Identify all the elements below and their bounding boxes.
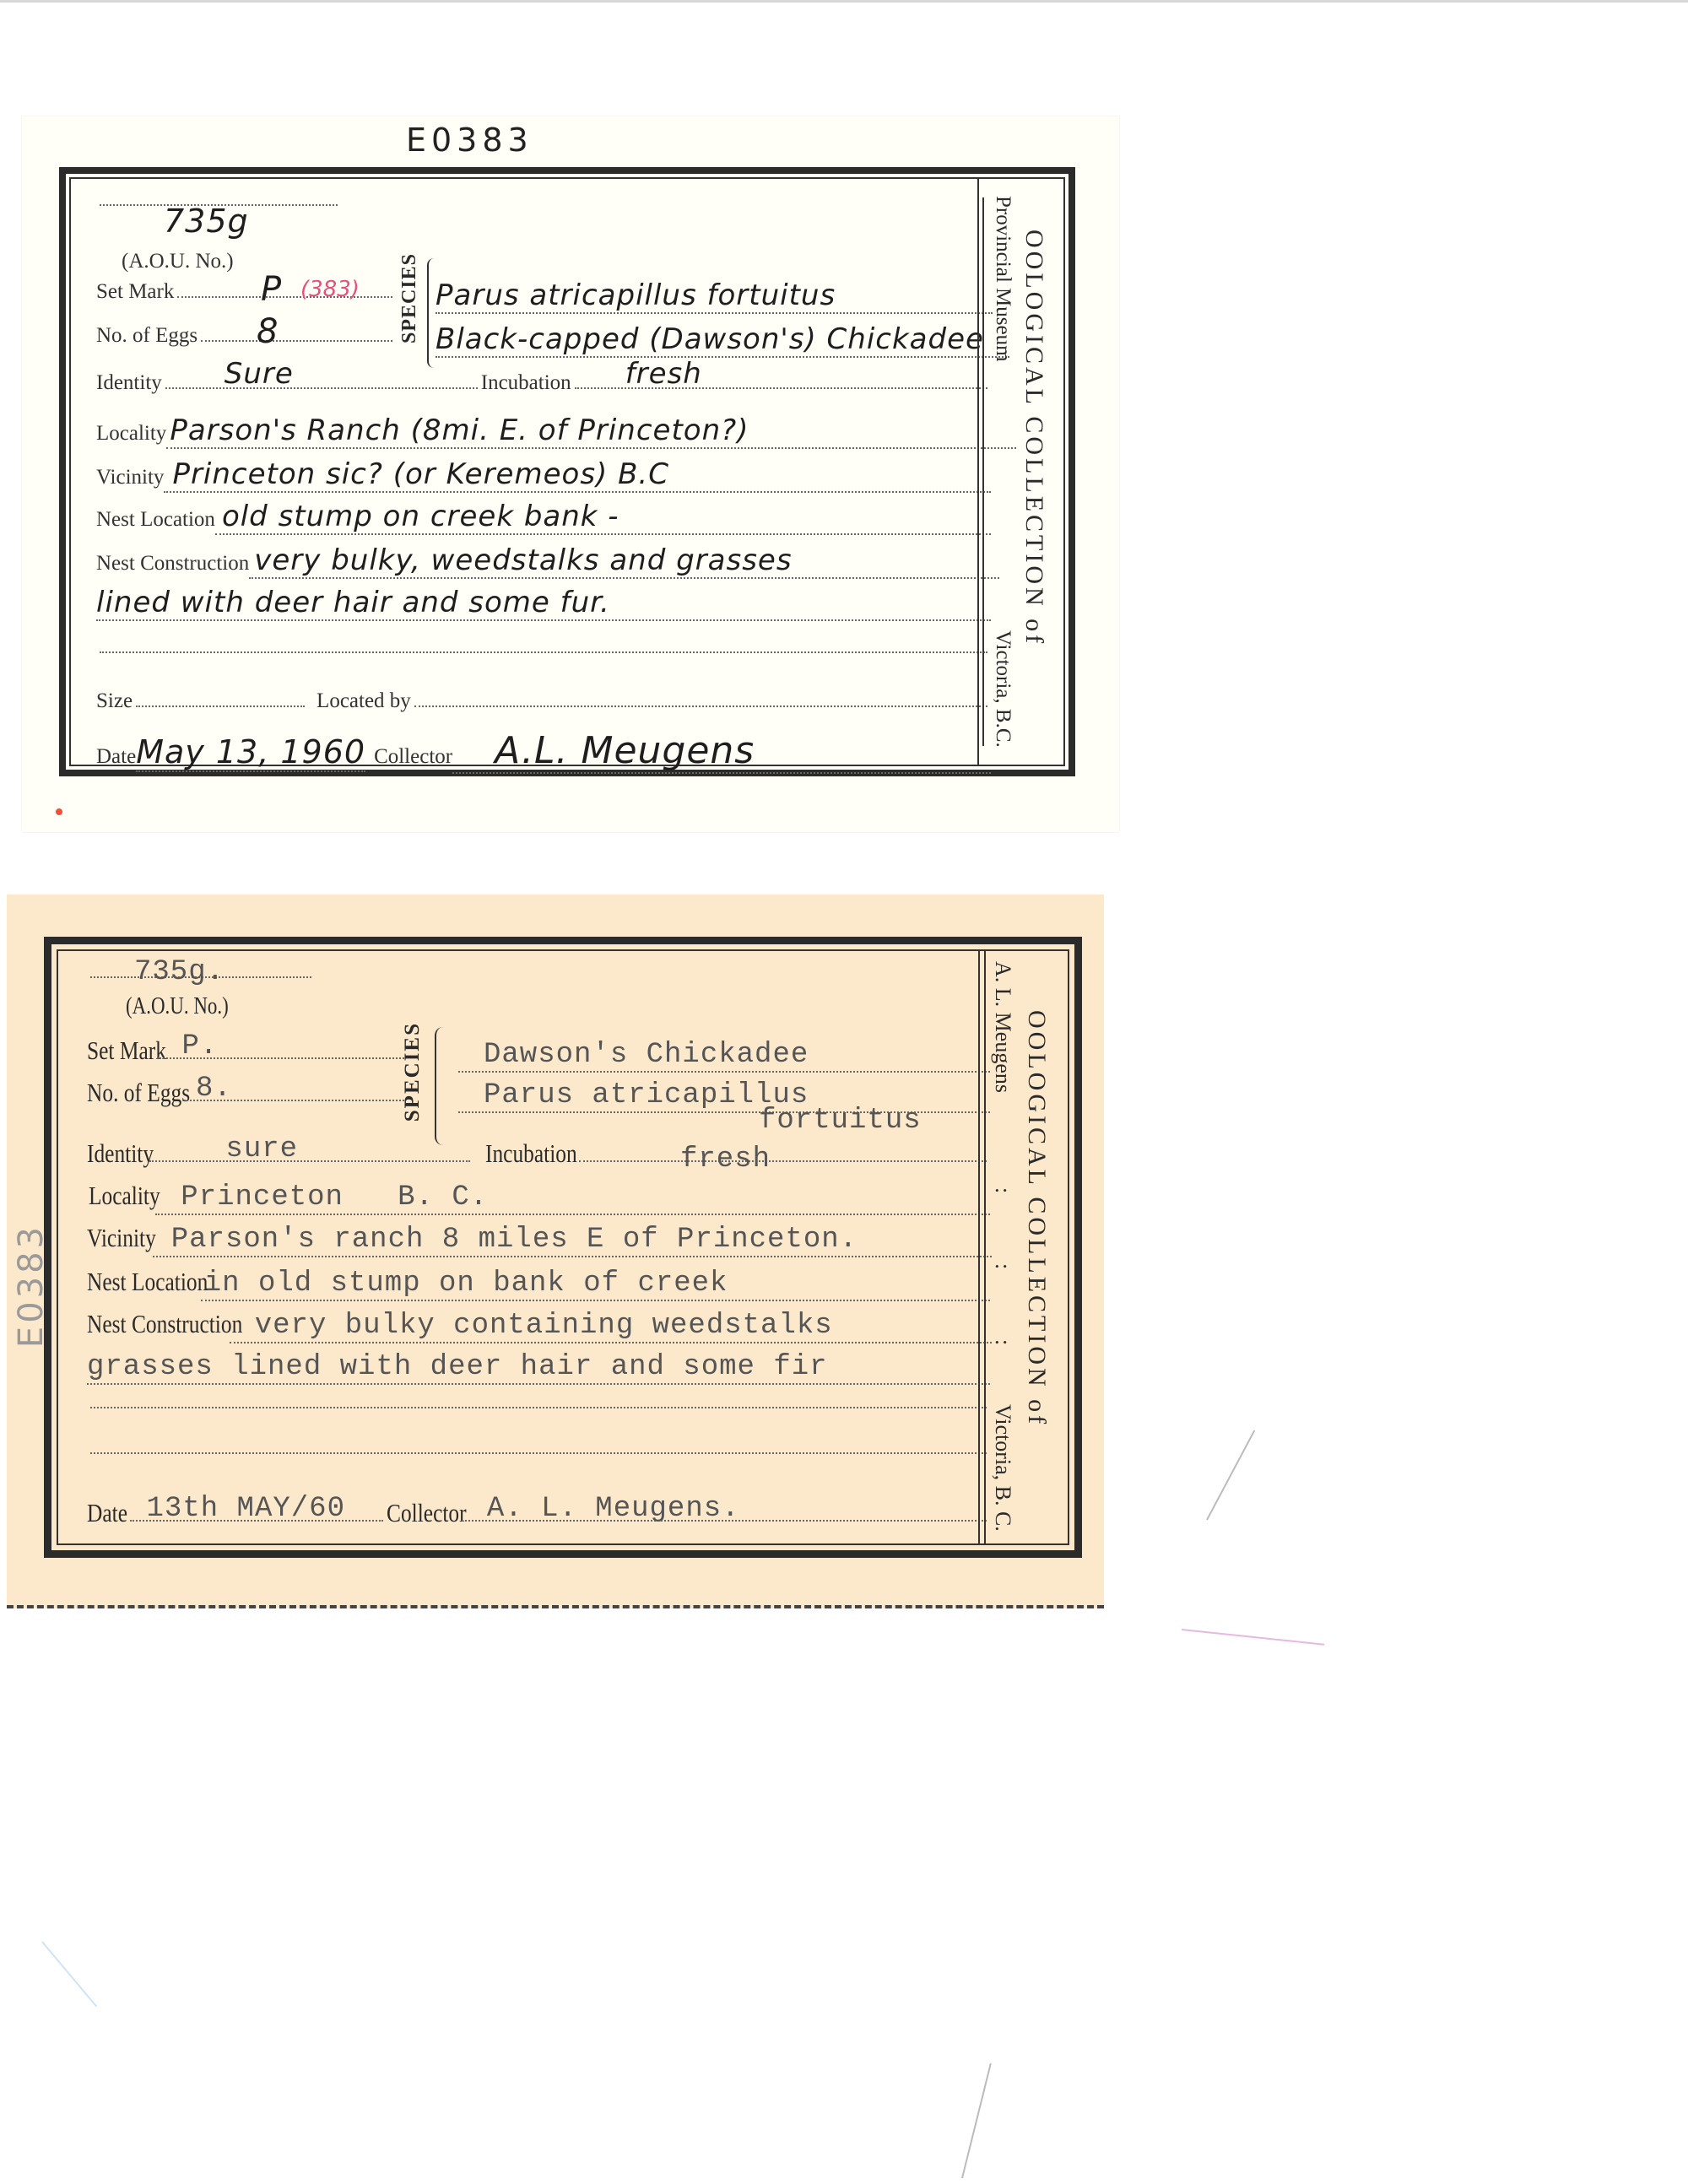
vicinity-value: Parson's ranch 8 miles E of Princeton. xyxy=(153,1224,992,1257)
nest-location-label: Nest Location xyxy=(96,508,215,532)
vicinity-label: Vicinity xyxy=(96,466,164,489)
eggs-field: No. of Eggs xyxy=(96,324,396,348)
species-scientific-value: Parus atricapillus fortuitus xyxy=(436,278,993,314)
nest-construction-label: Nest Construction xyxy=(87,1309,242,1339)
data-card-museum: E0383 735g (A.O.U. No.) Set Mark P (383)… xyxy=(22,116,1119,832)
size-value xyxy=(136,705,305,707)
size-label: Size xyxy=(96,689,133,713)
collector-label: Collector xyxy=(374,745,452,769)
catalog-number: E0383 xyxy=(406,122,533,159)
blank-line-1 xyxy=(87,1407,990,1408)
species-common-value: Black-capped (Dawson's) Chickadee xyxy=(436,322,1009,358)
collection-place: Victoria, B. C. xyxy=(990,1404,1015,1532)
nest-location-field: Nest Location in old stump on bank of cr… xyxy=(87,1267,990,1301)
locality-label: Locality xyxy=(96,422,166,446)
incubation-label: Incubation xyxy=(485,1138,577,1169)
identity-incubation-row: Identity Sure Incubation fresh xyxy=(96,371,991,395)
collection-title: OOLOGICAL COLLECTION of xyxy=(1022,1010,1051,1427)
aou-value: 735g. xyxy=(134,956,225,988)
set-mark-annotation: (383) xyxy=(300,277,360,302)
vicinity-field: Vicinity Princeton sic? (or Keremeos) B.… xyxy=(96,457,991,493)
date-value: May 13, 1960 xyxy=(136,733,365,772)
card-header-panel: OOLOGICAL COLLECTION of Provincial Museu… xyxy=(977,179,1063,765)
eggs-label: No. of Eggs xyxy=(96,324,197,348)
scan-artifact xyxy=(1182,1629,1324,1646)
located-by-label: Located by xyxy=(316,689,411,713)
species-brace xyxy=(435,1027,445,1145)
collector-value: A.L. Meugens xyxy=(452,729,991,774)
set-mark-field: Set Mark P. xyxy=(87,1035,408,1066)
set-mark-value: P. xyxy=(182,1030,219,1062)
collector-label: Collector xyxy=(387,1498,467,1528)
species-common-field: Dawson's Chickadee xyxy=(458,1039,990,1073)
species-scientific-field: Parus atricapillus fortuitus xyxy=(436,278,993,314)
nest-location-value: old stump on creek bank - xyxy=(215,500,991,535)
species-label: SPECIES xyxy=(401,1022,425,1122)
collection-title: OOLOGICAL COLLECTION of xyxy=(1020,230,1048,646)
nest-location-label: Nest Location xyxy=(87,1267,208,1297)
nest-construction-field: Nest Construction very bulky containing … xyxy=(87,1309,992,1343)
eggs-value: 8 xyxy=(257,312,279,351)
nest-construction-line-2: grasses lined with deer hair and some fi… xyxy=(87,1351,990,1385)
identity-value: sure xyxy=(225,1133,298,1165)
species-subspecies-value: fortuitus xyxy=(759,1105,922,1137)
date-collector-row: Date May 13, 1960 Collector A.L. Meugens xyxy=(96,729,991,774)
species-common-field: Black-capped (Dawson's) Chickadee xyxy=(436,322,1009,358)
nest-location-field: Nest Location old stump on creek bank - xyxy=(96,500,991,535)
nest-construction-label: Nest Construction xyxy=(96,552,249,576)
blank-line-2 xyxy=(87,1452,990,1454)
identity-incubation-row: Identity sure Incubation fresh xyxy=(87,1138,990,1169)
eggs-value: 8. xyxy=(196,1073,232,1105)
incubation-label: Incubation xyxy=(481,371,571,395)
scan-artifact xyxy=(1206,1430,1255,1521)
incubation-value: fresh xyxy=(680,1143,771,1176)
collector-value: A. L. Meugens. xyxy=(487,1493,740,1525)
nest-construction-line-2: lined with deer hair and some fur. xyxy=(96,586,991,621)
data-card-collector: E0383 735g. (A.O.U. No.) Set Mark P. No.… xyxy=(7,895,1104,1608)
collector-owner-name: A. L. Meugens xyxy=(990,961,1015,1093)
eggs-label: No. of Eggs xyxy=(87,1078,190,1108)
incubation-value: fresh xyxy=(625,357,702,391)
vicinity-value: Princeton sic? (or Keremeos) B.C xyxy=(164,457,991,493)
locality-value: Parson's Ranch (8mi. E. of Princeton?) xyxy=(166,414,1016,449)
nest-construction-value-2: lined with deer hair and some fur. xyxy=(96,586,991,621)
identity-value: Sure xyxy=(225,357,294,391)
institution-name: Provincial Museum xyxy=(991,196,1014,362)
institution-place: Victoria, B.C. xyxy=(991,630,1014,748)
vicinity-field: Vicinity Parson's ranch 8 miles E of Pri… xyxy=(87,1223,992,1257)
locality-value: Princeton B. C. xyxy=(155,1181,990,1215)
nest-construction-field: Nest Construction very bulky, weedstalks… xyxy=(96,543,999,579)
species-common-value: Dawson's Chickadee xyxy=(458,1039,990,1073)
locality-label: Locality xyxy=(89,1181,160,1211)
card-inner-frame: 735g (A.O.U. No.) Set Mark P (383) No. o… xyxy=(69,177,1065,766)
blank-line xyxy=(96,651,991,653)
card-frame: 735g (A.O.U. No.) Set Mark P (383) No. o… xyxy=(59,167,1075,776)
eggs-field: No. of Eggs 8. xyxy=(87,1078,408,1108)
red-dot-mark xyxy=(56,808,62,815)
separator: : xyxy=(990,1339,1015,1345)
date-collector-row: Date 13th MAY/60 Collector A. L. Meugens… xyxy=(87,1498,990,1528)
card-frame: 735g. (A.O.U. No.) Set Mark P. No. of Eg… xyxy=(44,937,1082,1558)
identity-label: Identity xyxy=(87,1138,154,1169)
identity-label: Identity xyxy=(96,371,162,395)
card-inner-frame: 735g. (A.O.U. No.) Set Mark P. No. of Eg… xyxy=(57,949,1069,1545)
scan-artifact xyxy=(41,1941,97,2007)
set-mark-value: P xyxy=(261,270,282,309)
separator: : xyxy=(990,1187,1015,1193)
date-label: Date xyxy=(96,745,136,769)
aou-label: (A.O.U. No.) xyxy=(122,250,234,273)
aou-label: (A.O.U. No.) xyxy=(126,993,229,1020)
nest-location-value: in old stump on bank of creek xyxy=(201,1268,990,1301)
date-label: Date xyxy=(87,1498,127,1528)
set-mark-label: Set Mark xyxy=(96,280,174,304)
species-label: SPECIES xyxy=(398,253,421,343)
set-mark-label: Set Mark xyxy=(87,1035,166,1066)
separator: : xyxy=(990,1263,1015,1269)
nest-construction-value-1: very bulky containing weedstalks xyxy=(230,1310,992,1343)
aou-value: 735g xyxy=(164,203,249,240)
locality-field: Locality Princeton B. C. xyxy=(89,1181,990,1215)
nest-construction-value-2: grasses lined with deer hair and some fi… xyxy=(87,1351,990,1385)
nest-construction-value-1: very bulky, weedstalks and grasses xyxy=(249,543,999,579)
date-value: 13th MAY/60 xyxy=(147,1493,345,1525)
card-header-panel: OOLOGICAL COLLECTION of A. L. Meugens : … xyxy=(978,951,1068,1543)
scan-edge xyxy=(0,0,1688,3)
locality-field: Locality Parson's Ranch (8mi. E. of Prin… xyxy=(96,414,1016,449)
scan-artifact xyxy=(961,2063,992,2178)
vicinity-label: Vicinity xyxy=(87,1223,156,1253)
size-located-row: Size Located by xyxy=(96,689,991,713)
located-by-value xyxy=(414,705,987,707)
